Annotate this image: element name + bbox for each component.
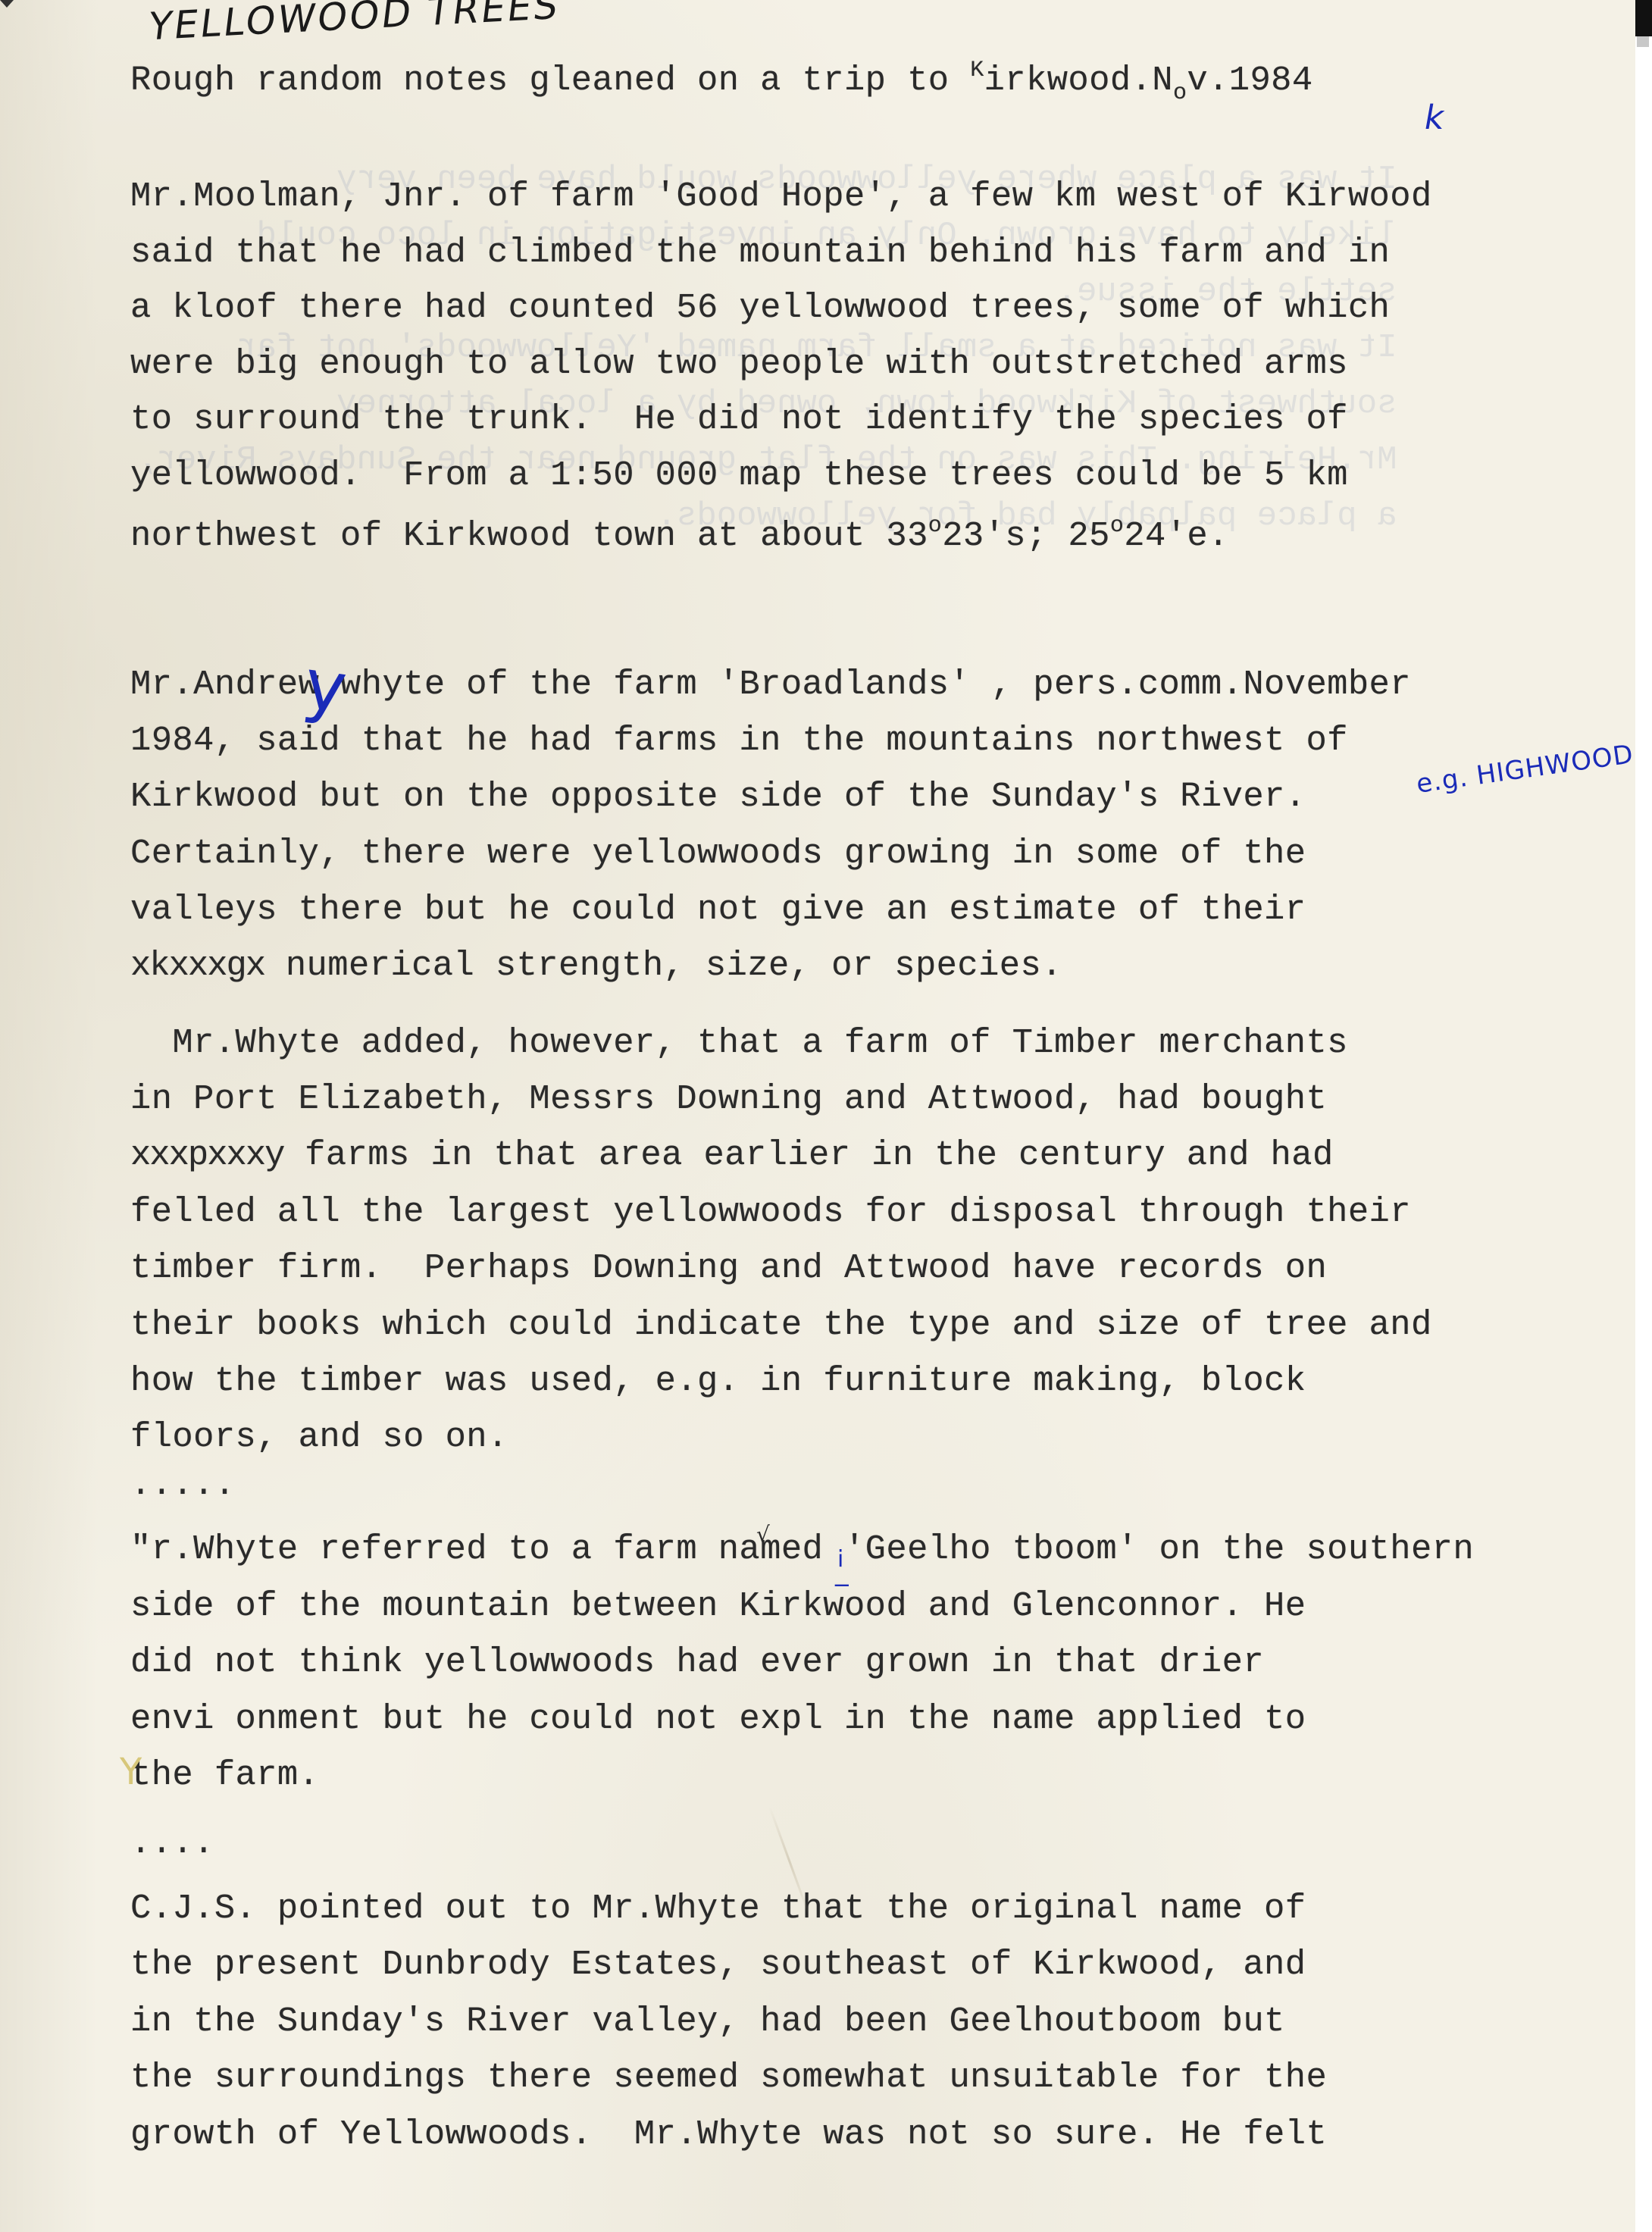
para2-line-6-text: numerical strength, size, or species. [264,946,1062,985]
pencil-mark: Y [120,1751,142,1793]
para5-line-4: the surroundings there seemed somewhat u… [130,2061,1327,2096]
section-separator: .... [130,1827,214,1861]
document-title: Rough random notes gleaned on a trip to … [130,59,1313,105]
coords-end: 24'e. [1124,516,1229,556]
para2-line-3: Kirkwood but on the opposite side of the… [130,780,1306,815]
para1-line-5: to surround the trunk. He did not identi… [130,402,1348,437]
para2-line-4: Certainly, there were yellowwoods growin… [130,837,1306,872]
para4-line-1: "r.Whyte referred to a farm named 'Geelh… [130,1532,1474,1567]
para3-line-4: felled all the largest yellowwoods for d… [130,1195,1411,1230]
section-separator: ..... [130,1468,236,1503]
para3-line-5: timber firm. Perhaps Downing and Attwood… [130,1251,1327,1286]
pen-strike-mark: ‒ [834,1569,850,1599]
para4-line-3: did not think yellowwoods had ever grown… [130,1645,1264,1680]
para1-line-4: were big enough to allow two people with… [130,347,1348,382]
handwritten-heading: YELLOWOOD TREES [146,0,563,49]
para1-line-1: Mr.Moolman, Jnr. of farm 'Good Hope', a … [130,180,1432,214]
para1-line-3: a kloof there had counted 56 yellowwood … [130,291,1390,326]
para2-line-2: 1984, said that he had farms in the moun… [130,724,1348,759]
coords-prefix: northwest of Kirkwood town at about 33 [130,516,928,556]
para5-line-1: C.J.S. pointed out to Mr.Whyte that the … [130,1892,1306,1927]
pen-correction-k: k [1422,99,1447,137]
para1-line-6: yellowwood. From a 1:50 000 map these tr… [130,459,1348,493]
title-raised-k: K [970,58,984,83]
para3-line-8: floors, and so on. [130,1420,508,1455]
struck-out-text: xxxpxxxy [130,1135,283,1175]
struck-out-text: xkxxxgx [130,946,264,985]
para1-line-2: said that he had climbed the mountain be… [130,236,1390,271]
check-mark-icon: √ [756,1522,770,1547]
pen-note-highwood: e.g. HIGHWOOD [1415,739,1636,800]
scan-edge-gray [1637,36,1649,47]
para2-line-6: xkxxxgx numerical strength, size, or spe… [130,949,1062,984]
degree-mark: o [1110,513,1124,539]
corner-mark [0,0,14,8]
para3-line-2: in Port Elizabeth, Messrs Downing and At… [130,1082,1327,1117]
title-text: Rough random notes gleaned on a trip to [130,61,970,100]
para4-line-4: envi onment but he could not expl in the… [130,1702,1306,1737]
para3-line-3: xxxpxxxy farms in that area earlier in t… [130,1138,1334,1173]
para3-line-1: Mr.Whyte added, however, that a farm of … [130,1026,1348,1061]
para3-line-3-text: farms in that area earlier in the centur… [283,1135,1333,1175]
para3-line-6: their books which could indicate the typ… [130,1308,1432,1343]
document-page: It was a place where yellowwoods would h… [0,0,1635,2232]
scan-edge-dark [1635,0,1652,36]
para4-line-5: the farm. [130,1758,319,1793]
para4-line-2: side of the mountain between Kirkwood an… [130,1589,1306,1624]
degree-mark: o [928,513,942,539]
title-year: v.1984 [1187,61,1313,100]
title-sub-o: o [1173,80,1187,106]
para5-line-5: growth of Yellowwoods. Mr.Whyte was not … [130,2118,1327,2152]
para3-line-7: how the timber was used, e.g. in furnitu… [130,1364,1306,1399]
pen-correction-y: y [300,650,351,725]
para2-line-5: valleys there but he could not give an e… [130,893,1306,928]
para5-line-2: the present Dunbrody Estates, southeast … [130,1948,1306,1983]
coords-mid: 23's; 25 [942,516,1110,556]
scan-edge [1635,0,1652,2232]
para1-coords-line: northwest of Kirkwood town at about 33o2… [130,515,1229,554]
title-text-2: irkwood.N [984,61,1173,100]
para5-line-3: in the Sunday's River valley, had been G… [130,2005,1285,2039]
